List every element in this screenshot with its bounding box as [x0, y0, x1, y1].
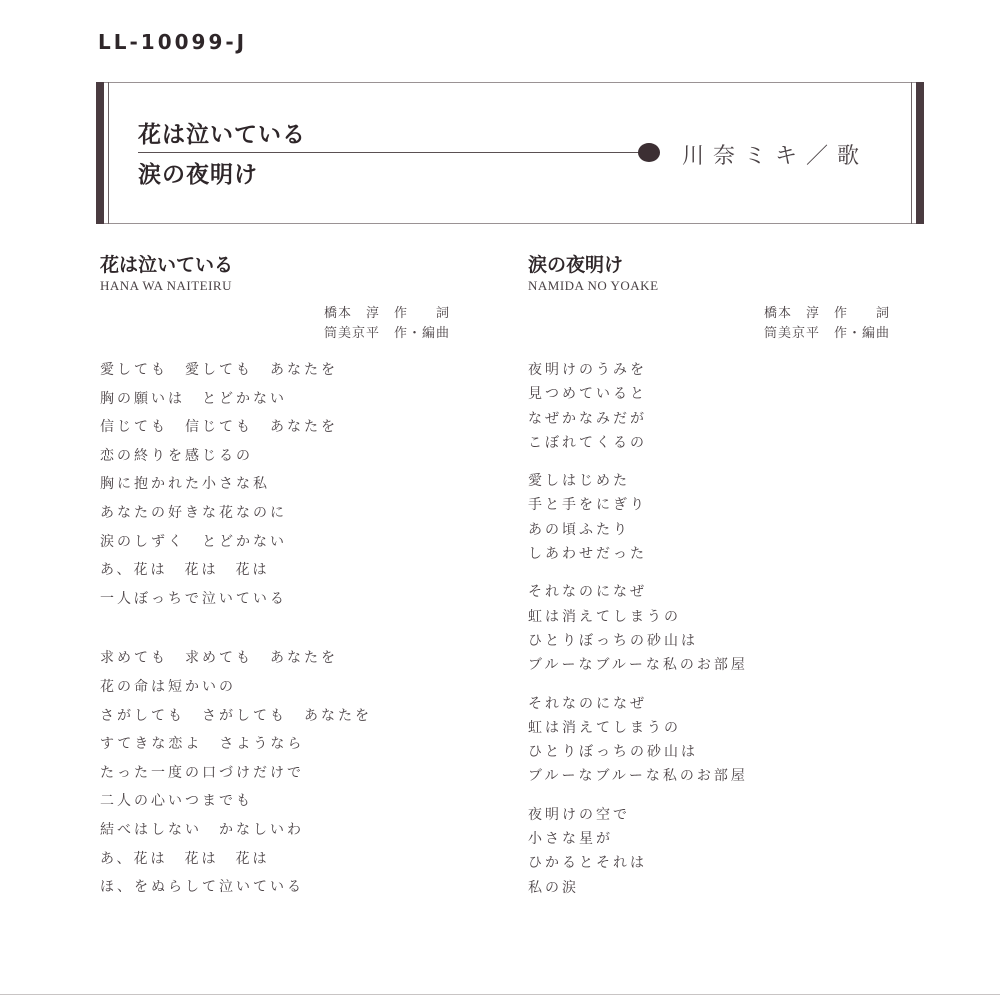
song-credits: 橋本 淳 作 詞 筒美京平 作・編曲 — [324, 304, 450, 344]
lyric-line: 愛しはじめた — [528, 469, 748, 493]
lyric-line: あなたの好きな花なのに — [100, 499, 372, 528]
lyric-line: 結べはしない かなしいわ — [100, 816, 372, 845]
stanza-gap — [100, 613, 372, 644]
lyric-line: 虹は消えてしまうの — [528, 716, 748, 740]
lyric-line: 二人の心いつまでも — [100, 787, 372, 816]
lyric-line: ひとりぼっちの砂山は — [528, 740, 748, 764]
header-artist-credit: 川奈ミキ／歌 — [682, 139, 868, 170]
lyric-line: あの頃ふたり — [528, 518, 748, 542]
lyric-line: 胸の願いは とどかない — [100, 385, 372, 414]
stanza-gap — [528, 455, 748, 469]
lyricist-credit: 橋本 淳 作 詞 — [324, 304, 450, 324]
catalog-number: LL-10099-J — [98, 30, 247, 54]
lyric-line: さがしても さがしても あなたを — [100, 702, 372, 731]
lyrics: 愛しても 愛しても あなたを 胸の願いは とどかない 信じても 信じても あなた… — [100, 356, 372, 902]
lyric-line: ブルーなブルーな私のお部屋 — [528, 653, 748, 677]
lyric-line: 私の涙 — [528, 876, 748, 900]
song-romaji: NAMIDA NO YOAKE — [528, 278, 898, 296]
stanza: それなのになぜ 虹は消えてしまうの ひとりぼっちの砂山は ブルーなブルーな私のお… — [528, 580, 748, 677]
lyric-line: しあわせだった — [528, 542, 748, 566]
lyric-line: ほ、をぬらして泣いている — [100, 873, 372, 902]
lyric-line: 夜明けのうみを — [528, 358, 748, 382]
lyrics: 夜明けのうみを 見つめていると なぜかなみだが こぼれてくるの 愛しはじめた 手… — [528, 358, 748, 900]
header-title-a-side: 花は泣いている — [138, 116, 306, 149]
lyric-line: 虹は消えてしまうの — [528, 605, 748, 629]
page-bottom-edge — [0, 994, 1000, 995]
frame-bar-right — [916, 82, 924, 224]
song-b-side: 涙の夜明け NAMIDA NO YOAKE 橋本 淳 作 詞 筒美京平 作・編曲… — [528, 252, 898, 296]
song-romaji: HANA WA NAITEIRU — [100, 278, 460, 296]
lyric-line: 恋の終りを感じるの — [100, 442, 372, 471]
frame-line-right — [911, 82, 912, 224]
stanza-gap — [528, 566, 748, 580]
lyric-line: あ、花は 花は 花は — [100, 845, 372, 874]
composer-credit: 筒美京平 作・編曲 — [324, 324, 450, 344]
stanza: それなのになぜ 虹は消えてしまうの ひとりぼっちの砂山は ブルーなブルーな私のお… — [528, 692, 748, 789]
lyric-line: 胸に抱かれた小さな私 — [100, 470, 372, 499]
composer-credit: 筒美京平 作・編曲 — [764, 324, 890, 344]
stanza-gap — [528, 678, 748, 692]
frame-bar-left — [96, 82, 104, 224]
stanza: 夜明けの空で 小さな星が ひかるとそれは 私の涙 — [528, 803, 748, 900]
lyric-line: それなのになぜ — [528, 692, 748, 716]
lyric-line: ひとりぼっちの砂山は — [528, 629, 748, 653]
stanza: 愛しはじめた 手と手をにぎり あの頃ふたり しあわせだった — [528, 469, 748, 566]
frame-line-left — [108, 82, 109, 224]
lyric-line: あ、花は 花は 花は — [100, 556, 372, 585]
lyricist-credit: 橋本 淳 作 詞 — [764, 304, 890, 324]
song-a-side: 花は泣いている HANA WA NAITEIRU 橋本 淳 作 詞 筒美京平 作… — [100, 252, 460, 296]
lyric-line: ひかるとそれは — [528, 851, 748, 875]
stanza-gap — [528, 789, 748, 803]
lyric-line: なぜかなみだが — [528, 407, 748, 431]
song-title: 花は泣いている — [100, 252, 460, 278]
lyric-line: 夜明けの空で — [528, 803, 748, 827]
stanza: 夜明けのうみを 見つめていると なぜかなみだが こぼれてくるの — [528, 358, 748, 455]
header-divider-rule — [138, 152, 640, 153]
lyric-line: 信じても 信じても あなたを — [100, 413, 372, 442]
lyric-line: 見つめていると — [528, 382, 748, 406]
lyric-line: 花の命は短かいの — [100, 673, 372, 702]
lyric-line: すてきな恋よ さようなら — [100, 730, 372, 759]
song-title: 涙の夜明け — [528, 252, 898, 278]
lyric-line: 愛しても 愛しても あなたを — [100, 356, 372, 385]
header-title-b-side: 涙の夜明け — [138, 156, 258, 189]
lyric-line: ブルーなブルーな私のお部屋 — [528, 764, 748, 788]
song-credits: 橋本 淳 作 詞 筒美京平 作・編曲 — [764, 304, 890, 344]
lyric-line: たった一度の口づけだけで — [100, 759, 372, 788]
stanza: 求めても 求めても あなたを 花の命は短かいの さがしても さがしても あなたを… — [100, 644, 372, 901]
lyric-line: それなのになぜ — [528, 580, 748, 604]
lyric-line: 小さな星が — [528, 827, 748, 851]
lyric-line: 涙のしずく とどかない — [100, 528, 372, 557]
bullet-dot-icon — [638, 143, 660, 162]
lyric-line: 求めても 求めても あなたを — [100, 644, 372, 673]
lyric-line: こぼれてくるの — [528, 431, 748, 455]
stanza: 愛しても 愛しても あなたを 胸の願いは とどかない 信じても 信じても あなた… — [100, 356, 372, 613]
lyric-line: 手と手をにぎり — [528, 493, 748, 517]
lyric-line: 一人ぼっちで泣いている — [100, 585, 372, 614]
